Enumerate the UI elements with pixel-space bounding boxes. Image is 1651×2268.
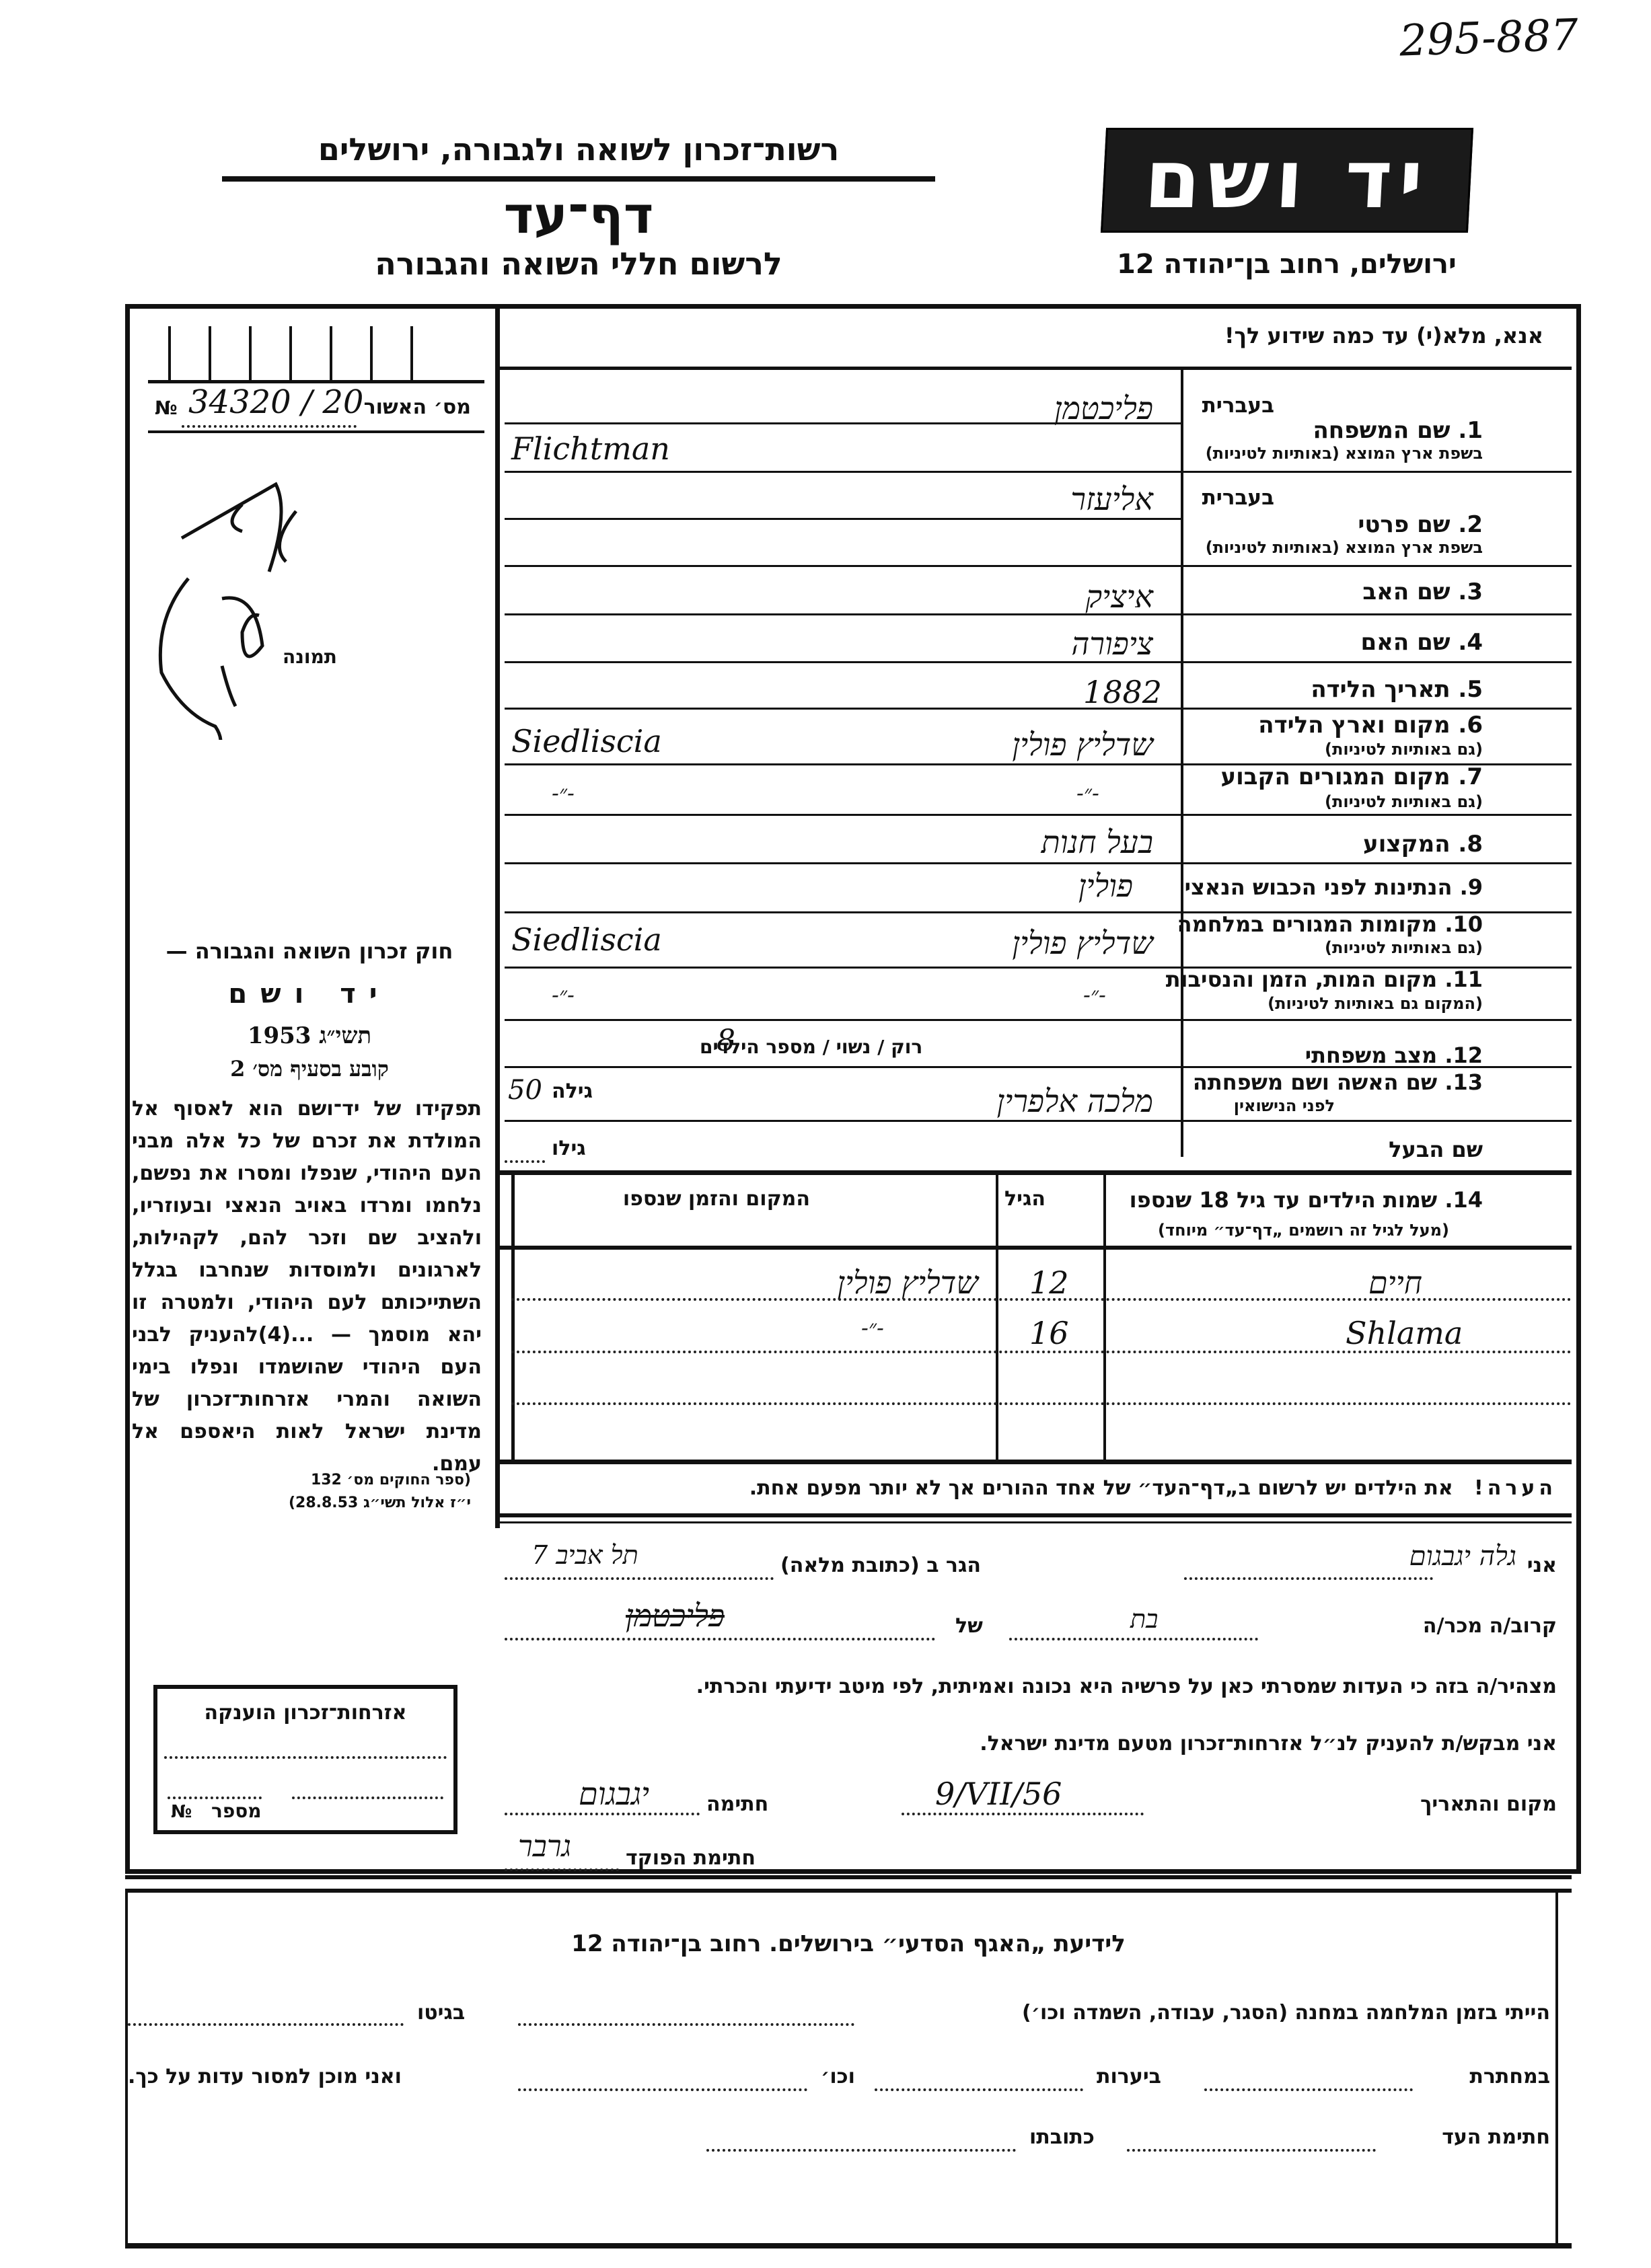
field-1-hebrew-value[interactable]: פליכטמן — [1054, 390, 1153, 426]
law-source-2: י״ז אלול תשי״ג 28.8.53) — [135, 1495, 471, 1511]
field-6-sublabel: (גם באותיות לטיניות) — [1325, 740, 1483, 759]
ghetto-input[interactable] — [128, 2023, 404, 2026]
photo-signature-scribble — [141, 471, 316, 740]
children-subheader: (מעל לגיל זה רושמים „דף־עד״ מיוחד) — [1158, 1221, 1449, 1240]
logo-text: יד ושם — [1103, 130, 1471, 231]
declarant-address[interactable]: תל אביב 7 — [531, 1540, 638, 1571]
note-text: את הילדים יש לרשום ב„דף־העד״ של אחד ההור… — [749, 1476, 1453, 1500]
field-9-value[interactable]: פולין — [1078, 868, 1133, 904]
left-column-divider — [495, 304, 500, 1528]
child-age[interactable]: 16 — [1029, 1315, 1069, 1351]
page-subtitle: לרשום חללי השואה והגבורה — [222, 245, 935, 282]
field-5-value[interactable]: 1882 — [1083, 674, 1162, 710]
relation-label: קרוב/ה מכר/ה — [1423, 1614, 1557, 1638]
children-header: 14. שמות הילדים עד גיל 18 שנספו — [1130, 1187, 1483, 1213]
field-7-latin-value[interactable]: -״- — [552, 780, 575, 806]
page-title: דף־עד — [222, 185, 935, 245]
code-boxes — [148, 319, 484, 383]
instruction: אנא, מלא(י) עד כמה שידוע לך! — [1224, 323, 1543, 348]
field-10-sublabel: (גם באותיות לטיניות) — [1325, 938, 1483, 957]
field-2-hebrew-tag: בעברית — [1202, 486, 1274, 510]
law-name: יד ושם — [135, 979, 484, 1010]
archive-number: 295-887 — [1399, 10, 1579, 66]
citizenship-number-label: מספר — [211, 1800, 262, 1822]
witness-signature-input[interactable] — [1127, 2149, 1376, 2152]
footer-heading: לידיעת „האגף הסדעי״ בירושלים. רחוב בן־יה… — [125, 1930, 1572, 1957]
field-12-children-count[interactable]: 8 — [717, 1024, 735, 1058]
field-10-label: 10. מקומות המגורים במלחמה — [1177, 911, 1483, 937]
field-1-label: 1. שם המשפחה — [1313, 417, 1483, 444]
field-3-label: 3. שם האב — [1362, 578, 1483, 605]
child-place[interactable]: -״- — [861, 1315, 884, 1340]
declaration-prefix: אני — [1527, 1554, 1557, 1577]
field-1-sublabel: בשפת ארץ המוצא (באותיות לטיניות) — [1206, 444, 1483, 463]
field-10-hebrew-value[interactable]: שדליץ פולין — [1012, 925, 1153, 961]
child-age[interactable]: 12 — [1029, 1264, 1069, 1301]
relation-value[interactable]: בת — [1130, 1604, 1159, 1634]
no-symbol: № — [155, 397, 178, 419]
address: ירושלים, רחוב בן־יהודה 12 — [1117, 249, 1457, 280]
husband-age-label: גילו — [552, 1137, 586, 1160]
field-2-hebrew-value[interactable]: אליעזר — [1070, 481, 1153, 517]
husband-label: שם הבעל — [1389, 1137, 1483, 1162]
approval-number-row: № 34320 / 20 מס׳ האשור — [148, 383, 484, 433]
citizenship-box: אזרחות־זכרון הוענקה № מספר — [153, 1685, 457, 1834]
footer-camp-label: הייתי בזמן המלחמה במחנה (הסגר, עבודה, הש… — [1022, 2001, 1550, 2025]
footer-witness-signature-label: חתימת העד — [1442, 2125, 1550, 2149]
forests-input[interactable] — [875, 2088, 1083, 2091]
law-section: קובע בסעיף מס׳ 2 — [135, 1056, 484, 1082]
field-1-hebrew-tag: בעברית — [1202, 393, 1274, 418]
field-4-value[interactable]: ציפורה — [1071, 626, 1153, 662]
children-col-age: הגיל — [1004, 1187, 1045, 1211]
citizenship-box-title: אזרחות־זכרון הוענקה — [157, 1701, 453, 1725]
field-13-label: 13. שם האשה ושם משפחתה — [1193, 1069, 1483, 1095]
official-signature-label: חתימת הפוקד — [626, 1846, 756, 1870]
signature-label: חתימה — [706, 1792, 768, 1816]
place-date-value[interactable]: 9/VII/56 — [935, 1776, 1062, 1812]
field-7-sublabel: (גם באותיות לטיניות) — [1325, 792, 1483, 811]
footer-address-label: כתובתו — [1029, 2125, 1095, 2149]
authority-name: רשות־זכרון לשואה ולגבורה, ירושלים — [222, 131, 935, 167]
field-4-label: 4. שם האם — [1360, 629, 1483, 656]
law-title: חוק זכרון השואה והגבורה — — [135, 938, 484, 964]
etc-input[interactable] — [518, 2088, 807, 2091]
field-7-label: 7. מקום המגורים הקבוע — [1220, 763, 1483, 790]
note-label: הערה! — [1474, 1476, 1557, 1500]
field-5-label: 5. תאריך הלידה — [1311, 676, 1483, 703]
field-9-label: 9. הנתינות לפני הכבוש הנאצי — [1185, 874, 1483, 900]
footer-forests-label: ביערות — [1097, 2065, 1161, 2088]
header-rule — [222, 176, 935, 182]
no-symbol: № — [171, 1802, 192, 1822]
field-2-label: 2. שם פרטי — [1358, 511, 1483, 538]
field-11-sublabel: (המקום גם באותיות לטיניות) — [1268, 994, 1483, 1013]
field-13-age-label: גילה — [552, 1080, 593, 1103]
field-13-age-value[interactable]: 50 — [508, 1075, 542, 1106]
field-11-hebrew-value[interactable]: -״- — [1083, 982, 1106, 1008]
underground-input[interactable] — [1204, 2088, 1413, 2091]
field-6-label: 6. מקום וארץ הלידה — [1258, 712, 1483, 739]
approval-number-value: 34320 / 20 — [188, 383, 363, 421]
note: הערה! את הילדים יש לרשום ב„דף־העד״ של אח… — [749, 1476, 1557, 1500]
field-10-latin-value[interactable]: Siedliscia — [511, 921, 662, 958]
footer-etc-label: וכו׳ — [821, 2065, 855, 2088]
field-13-sublabel: לפני הנישואין — [1234, 1096, 1335, 1115]
field-8-label: 8. המקצוע — [1363, 831, 1483, 858]
field-11-latin-value[interactable]: -״- — [552, 982, 575, 1008]
citizenship-request: אני מבקש/ת להעניק לנ״ל אזרחות־זכרון מטעם… — [980, 1732, 1557, 1755]
child-place[interactable]: שדליץ פולין — [837, 1264, 978, 1301]
field-12-label: 12. מצב משפחתי — [1305, 1043, 1483, 1068]
field-6-hebrew-value[interactable]: שדליץ פולין — [1012, 726, 1153, 763]
declaration-statement: מצהיר/ה בזה כי העדות שמסרתי כאן על פרשיה… — [696, 1675, 1557, 1698]
field-7-hebrew-value[interactable]: -״- — [1076, 780, 1099, 806]
of-label: של — [955, 1614, 983, 1638]
law-year: תשי״ג 1953 — [135, 1022, 484, 1049]
camp-input[interactable] — [518, 2023, 854, 2026]
declarant-name[interactable]: גלה יגבגום — [1409, 1540, 1516, 1572]
signature-value[interactable]: יגבגום — [579, 1776, 649, 1812]
victim-name[interactable]: פליכטמן — [626, 1597, 725, 1634]
address-label: הגר ב (כתובת מלאה) — [780, 1554, 981, 1577]
footer-underground-label: במחתרת — [1469, 2065, 1550, 2088]
field-11-label: 11. מקום המות, הזמן והנסיבות — [1166, 967, 1483, 992]
field-13-value[interactable]: מלכה אלפרין — [997, 1083, 1153, 1119]
approval-number-label: מס׳ האשור — [364, 395, 471, 419]
footer-ghetto-label: בגיטו — [417, 2001, 465, 2025]
law-body: תפקידו של יד־ושם הוא לאסוף אל המולדת את … — [132, 1093, 482, 1480]
child-name[interactable]: חיים — [1368, 1264, 1422, 1301]
field-2-sublabel: בשפת ארץ המוצא (באותיות לטיניות) — [1206, 538, 1483, 557]
field-3-value[interactable]: איציק — [1086, 578, 1153, 615]
place-date-label: מקום והתאריך — [1420, 1792, 1557, 1816]
child-name[interactable]: Shlama — [1346, 1315, 1463, 1351]
children-col-place: המקום והזמן שנספו — [623, 1187, 810, 1211]
footer-willing-testify: ואני מוכן למסור עדות על כך. — [128, 2065, 402, 2088]
field-6-latin-value[interactable]: Siedliscia — [511, 723, 662, 759]
official-signature-value[interactable]: גרבר — [518, 1829, 571, 1864]
yad-vashem-logo: יד ושם — [1101, 128, 1473, 233]
field-8-value[interactable]: בעל חנות — [1041, 824, 1153, 860]
witness-address-input[interactable] — [706, 2149, 1016, 2152]
law-source-1: (ספר החוקים מס׳ 132 — [135, 1472, 471, 1488]
field-1-latin-value[interactable]: Flichtman — [511, 430, 670, 467]
